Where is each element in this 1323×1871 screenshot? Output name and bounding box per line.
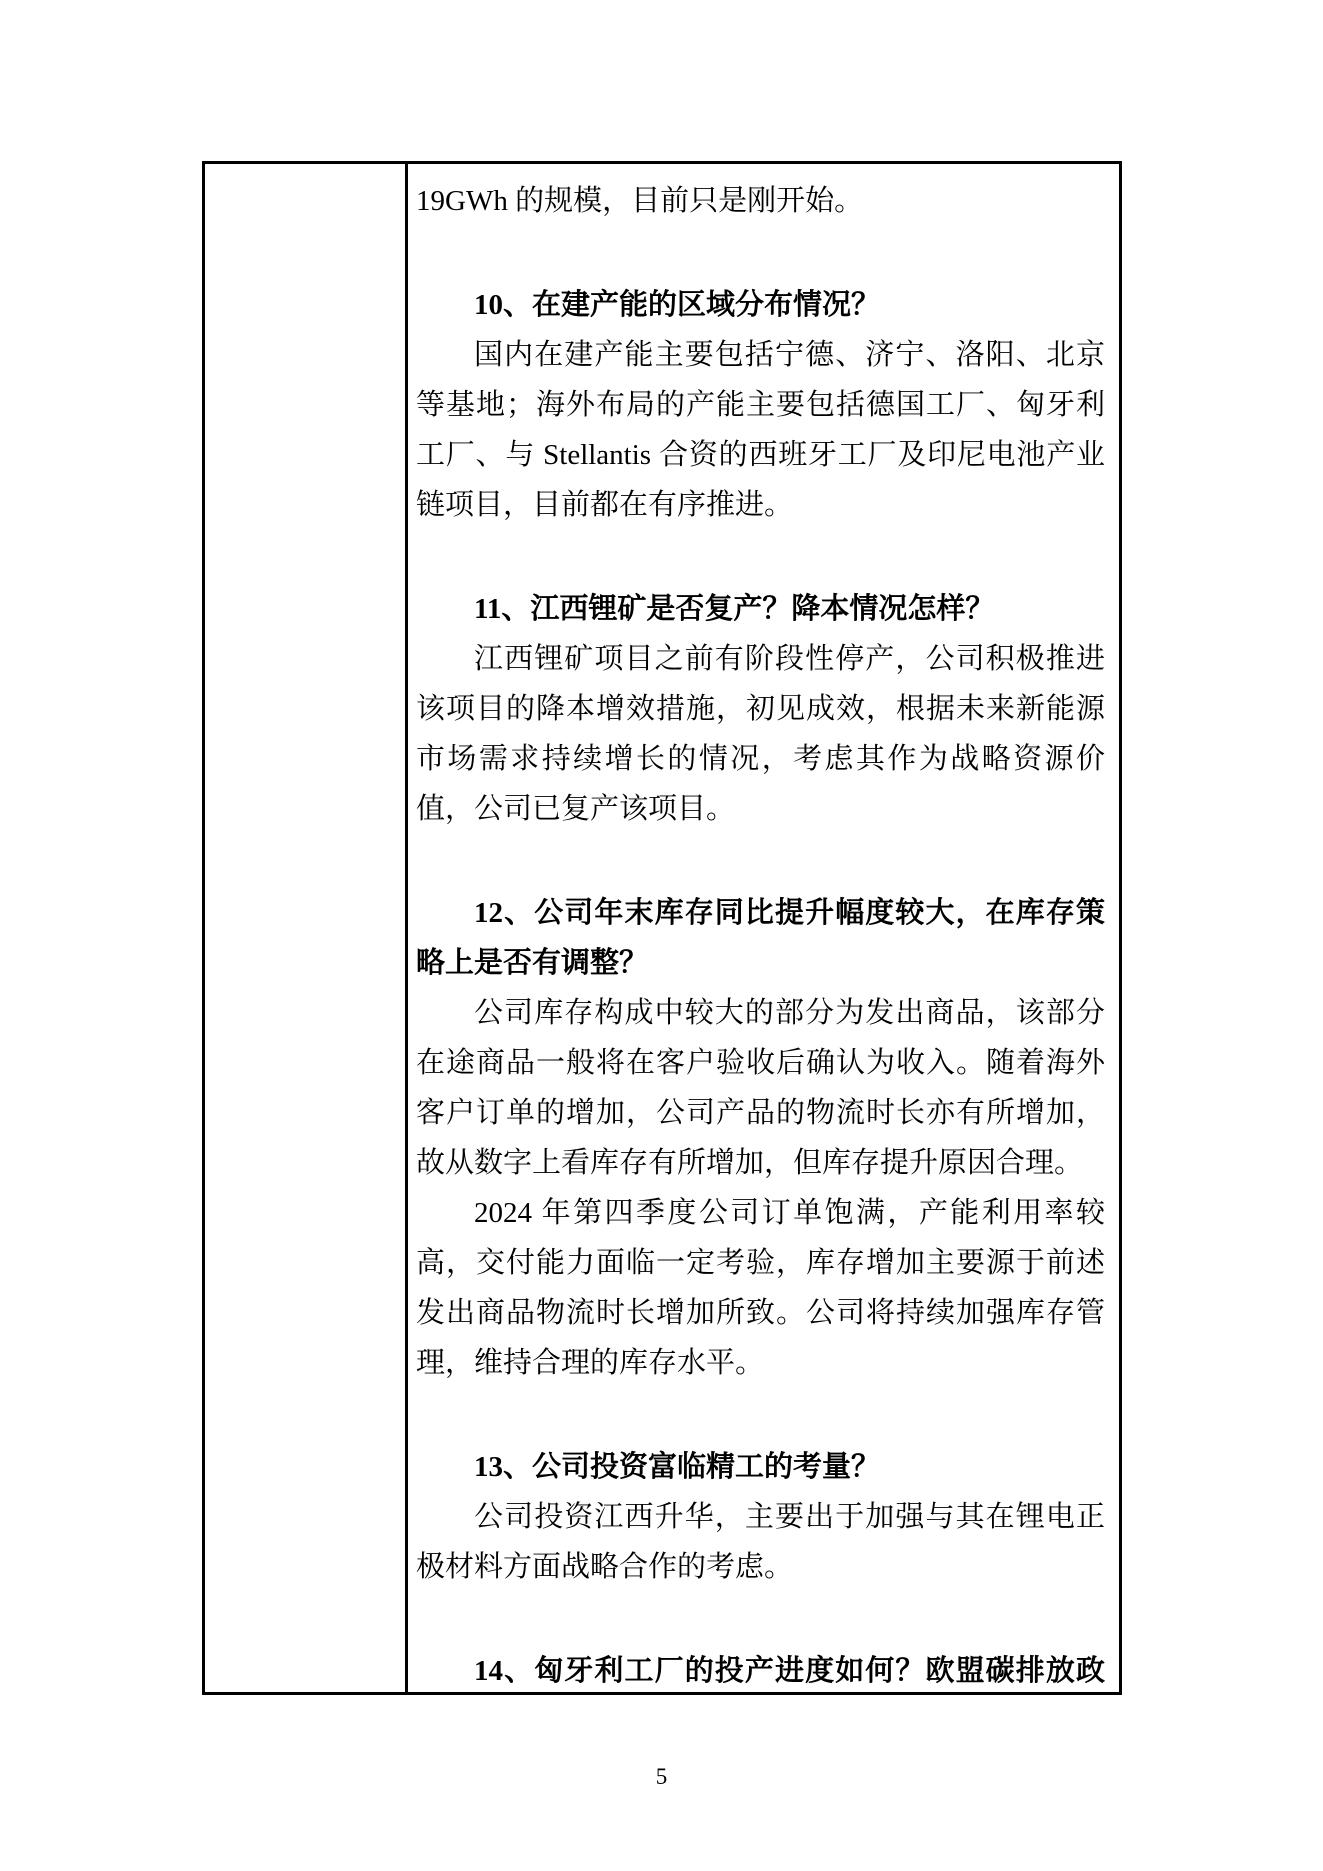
page-number: 5 (0, 1762, 1323, 1792)
document-page: { "page": { "number": "5", "background_c… (0, 0, 1323, 1871)
qa-table: 19GWh 的规模，目前只是刚开始。 10、在建产能的区域分布情况？ 国内在建产… (202, 161, 1122, 1695)
table-content-cell: 19GWh 的规模，目前只是刚开始。 10、在建产能的区域分布情况？ 国内在建产… (408, 164, 1119, 1692)
continuation-paragraph: 19GWh 的规模，目前只是刚开始。 (416, 176, 1105, 226)
question-11-heading: 11、江西锂矿是否复产？降本情况怎样？ (416, 584, 1105, 634)
answer-11-paragraph: 江西锂矿项目之前有阶段性停产，公司积极推进该项目的降本增效措施，初见成效，根据未… (416, 634, 1105, 834)
table-left-cell (205, 164, 408, 1692)
answer-12-paragraph-1: 公司库存构成中较大的部分为发出商品，该部分在途商品一般将在客户验收后确认为收入。… (416, 988, 1105, 1188)
question-10-heading: 10、在建产能的区域分布情况？ (416, 280, 1105, 330)
answer-12-paragraph-2: 2024 年第四季度公司订单饱满，产能利用率较高，交付能力面临一定考验，库存增加… (416, 1188, 1105, 1388)
question-12-heading: 12、公司年末库存同比提升幅度较大，在库存策略上是否有调整？ (416, 888, 1105, 988)
question-14-heading: 14、匈牙利工厂的投产进度如何？欧盟碳排放政策的 (416, 1646, 1105, 1692)
answer-10-paragraph: 国内在建产能主要包括宁德、济宁、洛阳、北京等基地；海外布局的产能主要包括德国工厂… (416, 330, 1105, 530)
question-13-heading: 13、公司投资富临精工的考量？ (416, 1442, 1105, 1492)
answer-13-paragraph: 公司投资江西升华，主要出于加强与其在锂电正极材料方面战略合作的考虑。 (416, 1492, 1105, 1592)
